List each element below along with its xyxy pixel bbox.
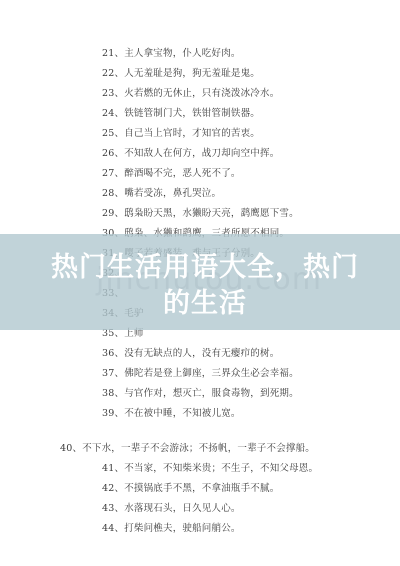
proverb-line: 29、鸱枭盼天黑，水獭盼天亮，鹞鹰愿下雪。 bbox=[102, 208, 299, 220]
article-title[interactable]: 热门生活用语大全，热门的生活 bbox=[50, 250, 360, 322]
proverb-line: 28、嘴若受冻，鼻孔哭泣。 bbox=[102, 188, 221, 200]
proverb-line: 39、不在被中睡，不知被儿宽。 bbox=[102, 408, 241, 420]
proverb-line: 36、没有无缺点的人，没有无瘿疖的树。 bbox=[102, 348, 279, 360]
proverb-line: 37、佛陀若是登上御座，三界众生必会幸福。 bbox=[102, 368, 299, 380]
proverb-line: 38、与官作对，想灭亡，服食毒物，到死期。 bbox=[102, 388, 299, 400]
proverb-line: 24、铁链管制门犬，铁钳管制铁器。 bbox=[102, 108, 260, 120]
proverb-line: 43、水落现石头，日久见人心。 bbox=[102, 503, 241, 515]
proverb-line: 27、醉酒喝不完，恶人死不了。 bbox=[102, 168, 241, 180]
proverb-line: 26、不知敌人在何方，战刀却向空中挥。 bbox=[102, 148, 279, 160]
proverb-line: 25、自己当上官时，才知官的苦衷。 bbox=[102, 128, 260, 140]
proverb-line: 22、人无羞耻是狗，狗无羞耻是鬼。 bbox=[102, 68, 260, 80]
proverb-line: 23、火若燃的无休止，只有浇泼冰冷水。 bbox=[102, 88, 279, 100]
proverb-line: 42、不摸锅底手不黑，不拿油瓶手不腻。 bbox=[102, 483, 279, 495]
proverb-line: 21、主人拿宝物，仆人吃好肉。 bbox=[102, 48, 241, 60]
proverb-line: 41、不当家，不知柴米贵；不生子，不知父母恩。 bbox=[102, 463, 318, 475]
proverb-line: 40、不下水，一辈子不会游泳；不扬帆，一辈子不会撑船。 bbox=[60, 443, 315, 455]
proverb-line: 44、打柴问樵夫，驶船问艄公。 bbox=[102, 523, 241, 535]
